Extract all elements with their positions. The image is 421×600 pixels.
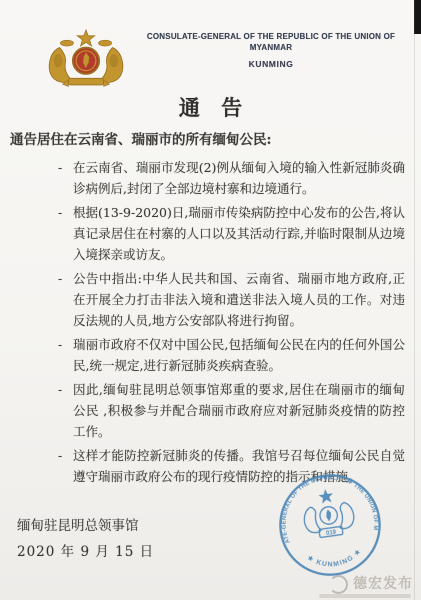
notice-bullet: - 根据(13-9-2020)日,瑞丽市传染病防控中心发布的公告,将认真记录居住… bbox=[58, 202, 405, 265]
notice-body: - 在云南省、瑞丽市发现(2)例从缅甸入境的输入性新冠肺炎确诊病例后,封闭了全部… bbox=[58, 157, 405, 490]
bullet-text: 公告中指出:中华人民共和国、云南省、瑞丽市地方政府,正在开展全力打击非法入境和遣… bbox=[73, 271, 405, 328]
bullet-text: 瑞丽市政府不仅对中国公民,包括缅甸公民在内的任何外国公民,统一规定,进行新冠肺炎… bbox=[73, 337, 405, 373]
bullet-dash: - bbox=[58, 268, 70, 289]
bullet-dash: - bbox=[58, 445, 70, 466]
watermark: 德宏发布 bbox=[329, 573, 413, 594]
notice-bullet: - 瑞丽市政府不仅对中国公民,包括缅甸公民在内的任何外国公民,统一规定,进行新冠… bbox=[58, 334, 405, 376]
svg-text:CONSULATE-GENERAL OF THE REPUB: CONSULATE-GENERAL OF THE REPUBLIC OF THE… bbox=[270, 465, 379, 545]
bullet-dash: - bbox=[58, 379, 70, 400]
signature-date: 2020 年 9 月 15 日 bbox=[17, 540, 154, 560]
salutation: 通告居住在云南省、瑞丽市的所有缅甸公民: bbox=[10, 128, 271, 148]
notice-title: 通 告 bbox=[0, 92, 421, 122]
bullet-dash: - bbox=[58, 334, 70, 355]
watermark-text: 德宏发布 bbox=[353, 573, 413, 593]
consulate-round-stamp-icon: CONSULATE-GENERAL OF THE REPUBLIC OF THE… bbox=[270, 465, 390, 585]
photo-corner-artifact bbox=[414, 0, 421, 34]
notice-bullet: - 因此,缅甸驻昆明总领事馆郑重的要求,居住在瑞丽市的缅甸公民 ,积极参与并配合… bbox=[58, 379, 405, 442]
watermark-subtext-blur bbox=[319, 594, 411, 598]
notice-bullet: - 公告中指出:中华人民共和国、云南省、瑞丽市地方政府,正在开展全力打击非法入境… bbox=[58, 268, 405, 331]
consulate-name: CONSULATE-GENERAL OF THE REPUBLIC OF THE… bbox=[132, 31, 410, 53]
bullet-text: 因此,缅甸驻昆明总领事馆郑重的要求,居住在瑞丽市的缅甸公民 ,积极参与并配合瑞丽… bbox=[73, 382, 405, 439]
signature-org: 缅甸驻昆明总领事馆 bbox=[17, 514, 139, 534]
myanmar-state-emblem-icon bbox=[42, 26, 130, 94]
letterhead: CONSULATE-GENERAL OF THE REPUBLIC OF THE… bbox=[132, 31, 410, 69]
bullet-dash: - bbox=[58, 202, 70, 223]
paper-edge-line bbox=[414, 0, 415, 600]
watermark-logo-icon bbox=[329, 575, 348, 594]
consulate-city: KUNMING bbox=[132, 59, 410, 69]
notice-bullet: - 在云南省、瑞丽市发现(2)例从缅甸入境的输入性新冠肺炎确诊病例后,封闭了全部… bbox=[58, 157, 405, 199]
stamp-ring-text: CONSULATE-GENERAL OF THE REPUBLIC OF THE… bbox=[270, 465, 379, 545]
bullet-dash: - bbox=[58, 157, 70, 178]
document-page: CONSULATE-GENERAL OF THE REPUBLIC OF THE… bbox=[0, 0, 421, 600]
bullet-text: 在云南省、瑞丽市发现(2)例从缅甸入境的输入性新冠肺炎确诊病例后,封闭了全部边境… bbox=[73, 160, 405, 196]
bullet-text: 根据(13-9-2020)日,瑞丽市传染病防控中心发布的公告,将认真记录居住在村… bbox=[73, 205, 405, 262]
